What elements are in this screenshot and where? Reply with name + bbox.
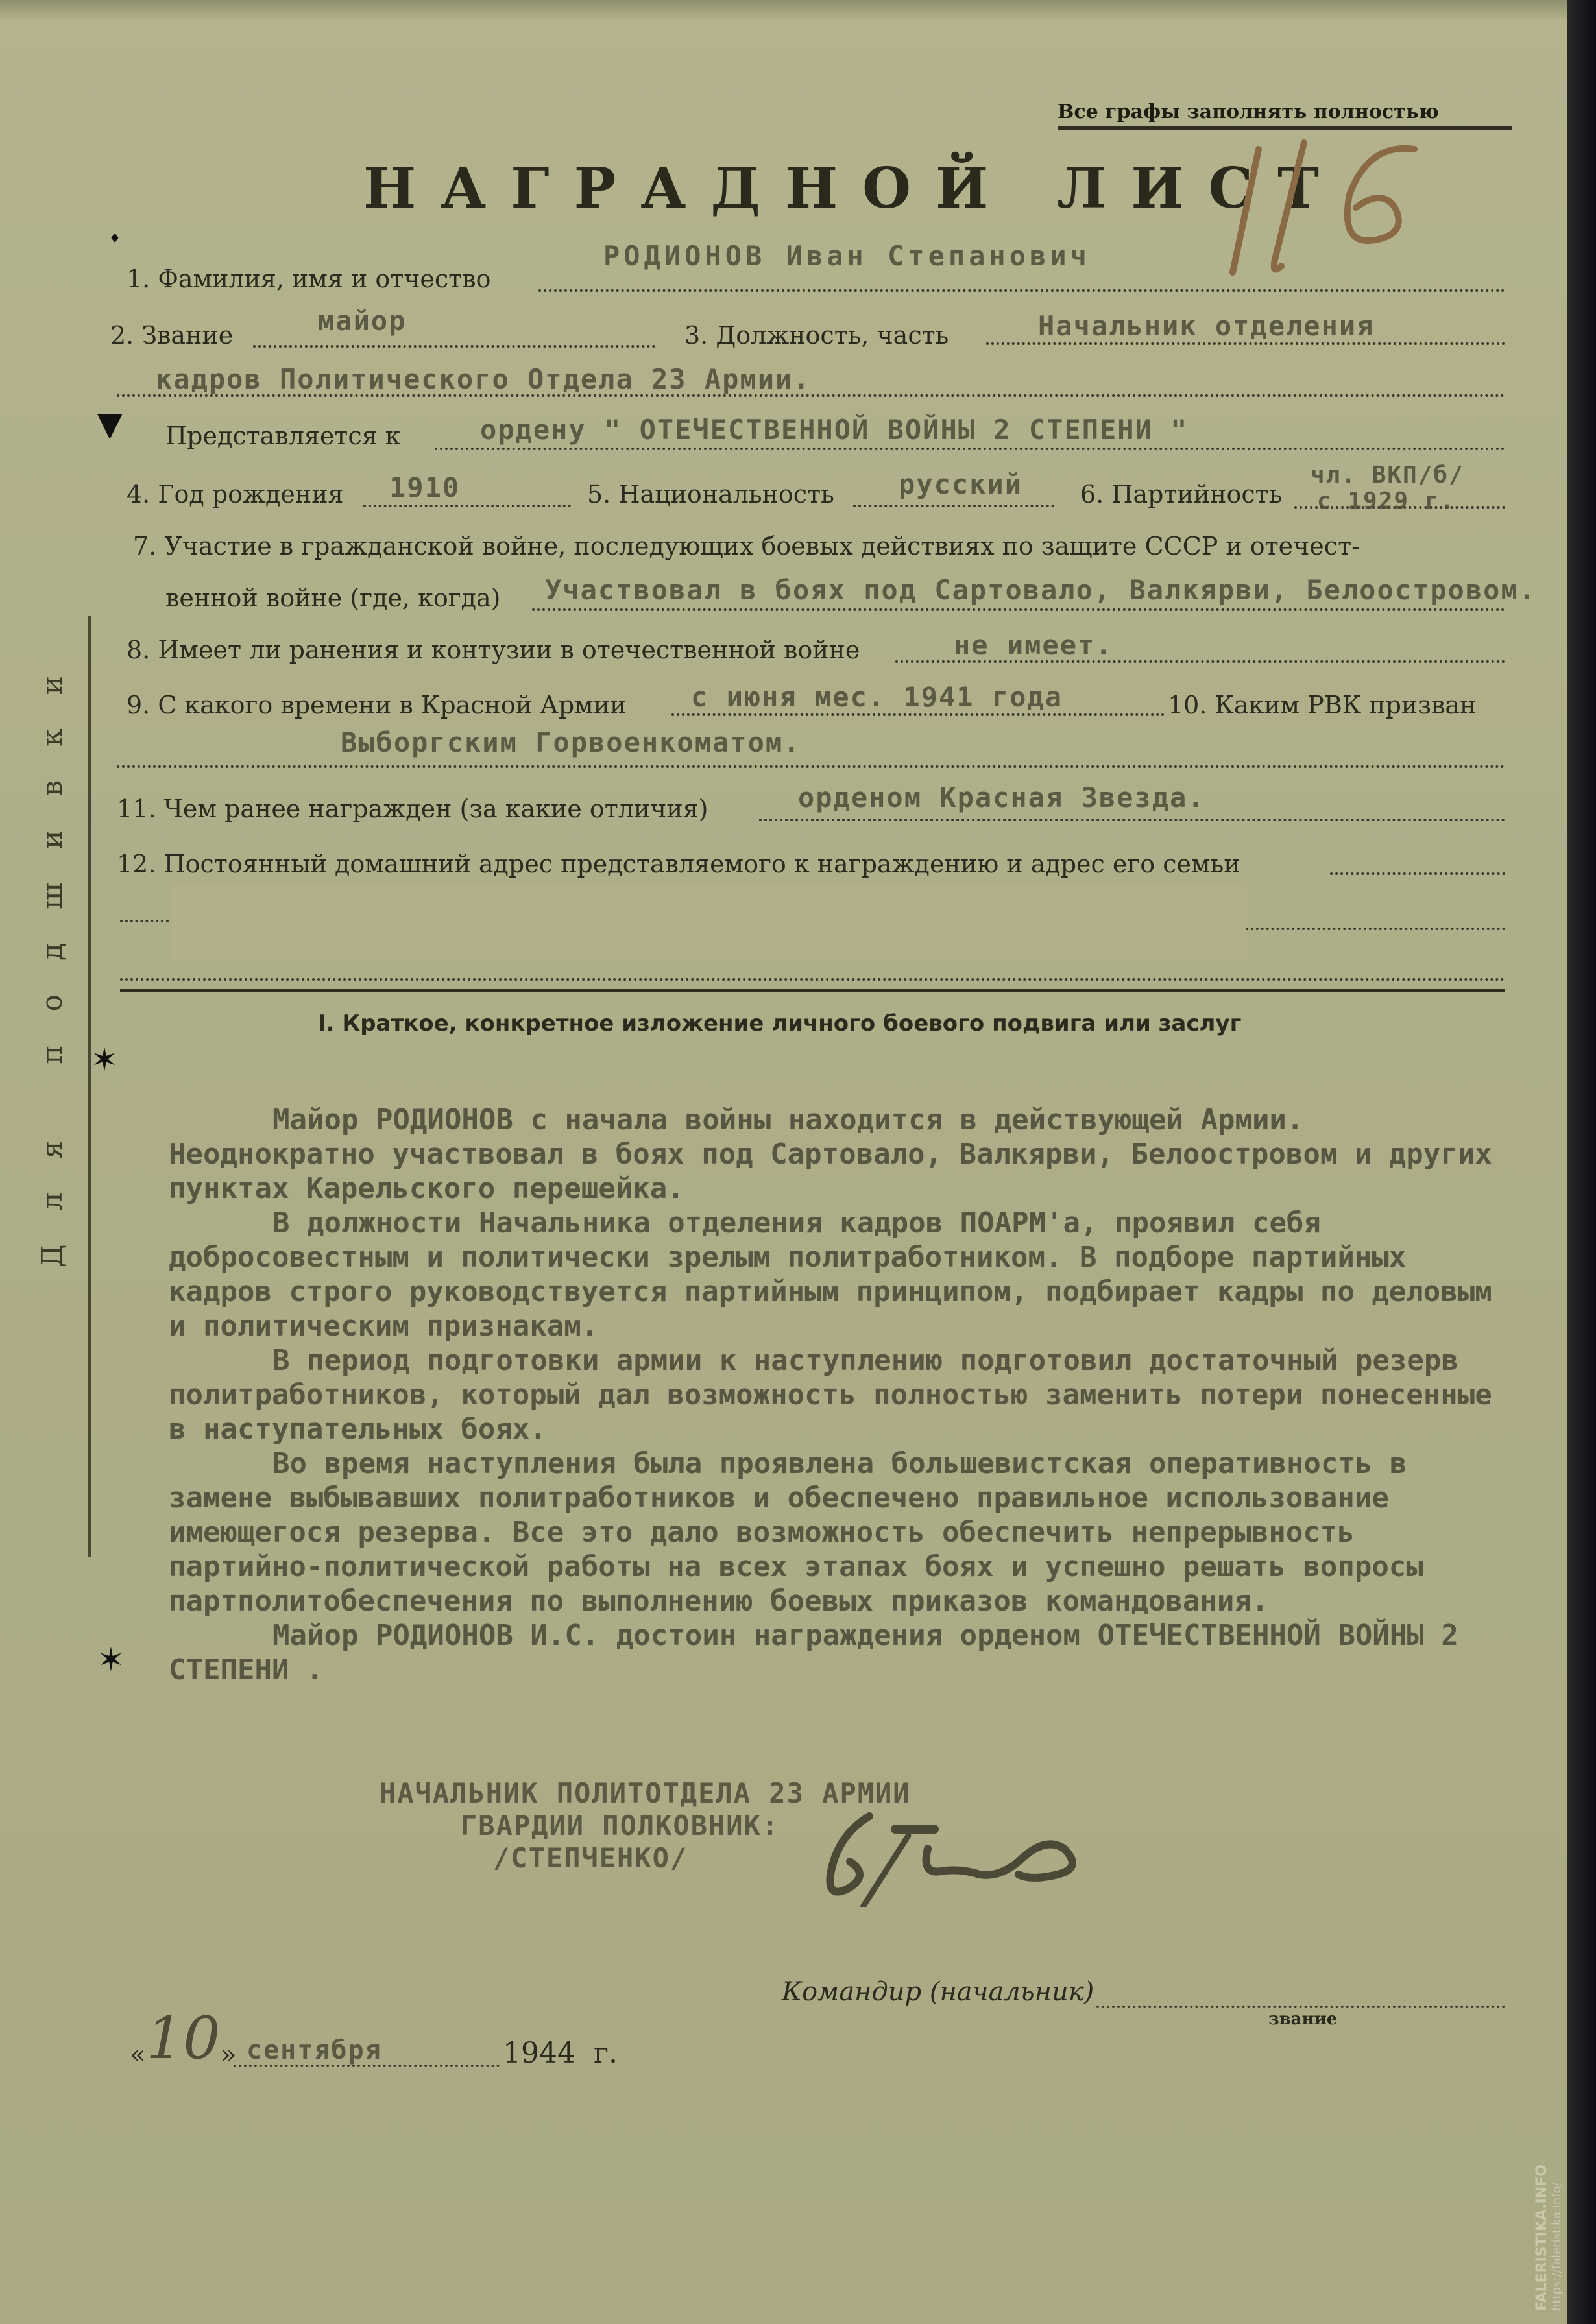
body-paragraph: В период подготовки армии к наступлению … (169, 1343, 1505, 1446)
field-7-label-line2: венной войне (где, когда) (165, 584, 501, 612)
field-5-label: 5. Национальность (587, 480, 834, 509)
date-month: сентября (247, 2035, 382, 2065)
field-9-line (671, 713, 1165, 716)
field-3-label: 3. Должность, часть (684, 321, 949, 350)
field-2-value: майор (318, 305, 406, 337)
field-12-line-2b (1246, 928, 1505, 930)
field-12-label: 12. Постоянный домашний адрес представля… (117, 850, 1240, 878)
date-day: 10 (146, 2004, 221, 2072)
header-note-underline (1058, 126, 1512, 130)
date-year: 1944 (503, 2037, 575, 2070)
field-4-label: 4. Год рождения (127, 480, 344, 509)
field-4-line (363, 505, 571, 507)
field-9-value: с июня мес. 1941 года (691, 681, 1063, 713)
field-2-line (253, 345, 655, 348)
award-label: Представляется к (165, 422, 400, 450)
handwritten-number-116 (1220, 136, 1427, 279)
field-10-value: Выборгским Горвоенкоматом. (341, 726, 801, 758)
scan-border (1567, 0, 1596, 2324)
field-8-label: 8. Имеет ли ранения и контузии в отечест… (127, 636, 860, 664)
watermark-url: https://faleristika.info/ (1550, 2164, 1564, 2311)
field-6-label: 6. Партийность (1080, 480, 1282, 509)
commander-label: Командир (начальник) (782, 1977, 1094, 2007)
field-1-line (538, 289, 1505, 292)
margin-fold-line (88, 616, 91, 1557)
field-11-label: 11. Чем ранее награжден (за какие отличи… (117, 795, 708, 823)
section-heading: I. Краткое, конкретное изложение личного… (318, 1011, 1241, 1036)
pin-mark: ♦ (109, 230, 121, 246)
award-line (435, 448, 1505, 450)
field-12-line-2a (120, 920, 169, 922)
body-paragraph: Майор РОДИОНОВ И.С. достоин награждения … (169, 1618, 1505, 1687)
pin-hole-icon: ✶ (91, 1041, 118, 1079)
field-3-value: Начальник отделения (1038, 310, 1374, 342)
field-5-line (853, 505, 1054, 507)
pin-hole-icon: ✶ (97, 1641, 125, 1679)
signatory-position: НАЧАЛЬНИК ПОЛИТОТДЕЛА 23 АРМИИ (380, 1777, 911, 1809)
header-note: Все графы заполнять полностью (1058, 101, 1439, 123)
field-12-line (1330, 872, 1505, 875)
watermark-brand: FALERISTIKA.INFO (1534, 2164, 1550, 2311)
date-suffix: г. (594, 2037, 618, 2070)
merit-description: Майор РОДИОНОВ с начала войны находится … (169, 1103, 1505, 1687)
watermark: FALERISTIKA.INFO https://faleristika.inf… (1534, 2164, 1564, 2311)
field-2-label: 2. Звание (110, 321, 233, 350)
field-10-line (117, 765, 1505, 768)
field-3-line (986, 342, 1505, 345)
commander-line (1096, 2006, 1505, 2008)
redacted-address (172, 885, 1246, 960)
date-open-quote: « (130, 2040, 145, 2070)
award-value: ордену " ОТЕЧЕСТВЕННОЙ ВОЙНЫ 2 СТЕПЕНИ " (480, 414, 1188, 446)
field-4-value: 1910 (389, 472, 460, 503)
field-8-value: не имеет. (954, 629, 1113, 661)
field-7-label-line1: 7. Участие в гражданской войне, последую… (133, 532, 1360, 560)
body-paragraph: Во время наступления была проявлена боль… (169, 1446, 1505, 1618)
field-12-line-3 (120, 978, 1505, 981)
signature-mark (824, 1810, 1096, 1907)
section-divider (120, 989, 1505, 992)
signatory-name: /СТЕПЧЕНКО/ (493, 1842, 688, 1874)
field-7-value: Участвовал в боях под Сартовало, Валкярв… (545, 574, 1536, 606)
field-11-value: орденом Красная Звезда. (798, 782, 1205, 813)
signatory-rank: ГВАРДИИ ПОЛКОВНИК: (461, 1810, 779, 1841)
field-7-line (532, 608, 1505, 611)
field-6-value-top: чл. ВКП/б/ (1311, 462, 1464, 488)
field-5-value: русский (899, 468, 1022, 500)
margin-vertical-text: Для подшивки (36, 642, 88, 1267)
field-6-value-bottom: с 1929 г. (1317, 488, 1455, 514)
field-9-label: 9. С какого времени в Красной Армии (127, 691, 626, 719)
commander-sublabel: звание (1268, 2009, 1337, 2029)
field-11-line (759, 819, 1505, 821)
body-paragraph: Майор РОДИОНОВ с начала войны находится … (169, 1103, 1505, 1206)
body-paragraph: В должности Начальника отделения кадров … (169, 1206, 1505, 1343)
field-10-label: 10. Каким РВК призван (1168, 691, 1476, 719)
field-3-line-2 (117, 394, 1505, 397)
field-1-value: РОДИОНОВ Иван Степанович (603, 240, 1091, 272)
page-top-edge (0, 0, 1567, 19)
pin-hole-icon: ▼ (97, 405, 122, 443)
page-title: НАГРАДНОЙ ЛИСТ (363, 156, 1344, 221)
field-1-label: 1. Фамилия, имя и отчество (127, 265, 490, 293)
field-3-value-continued: кадров Политического Отдела 23 Армии. (156, 363, 811, 395)
